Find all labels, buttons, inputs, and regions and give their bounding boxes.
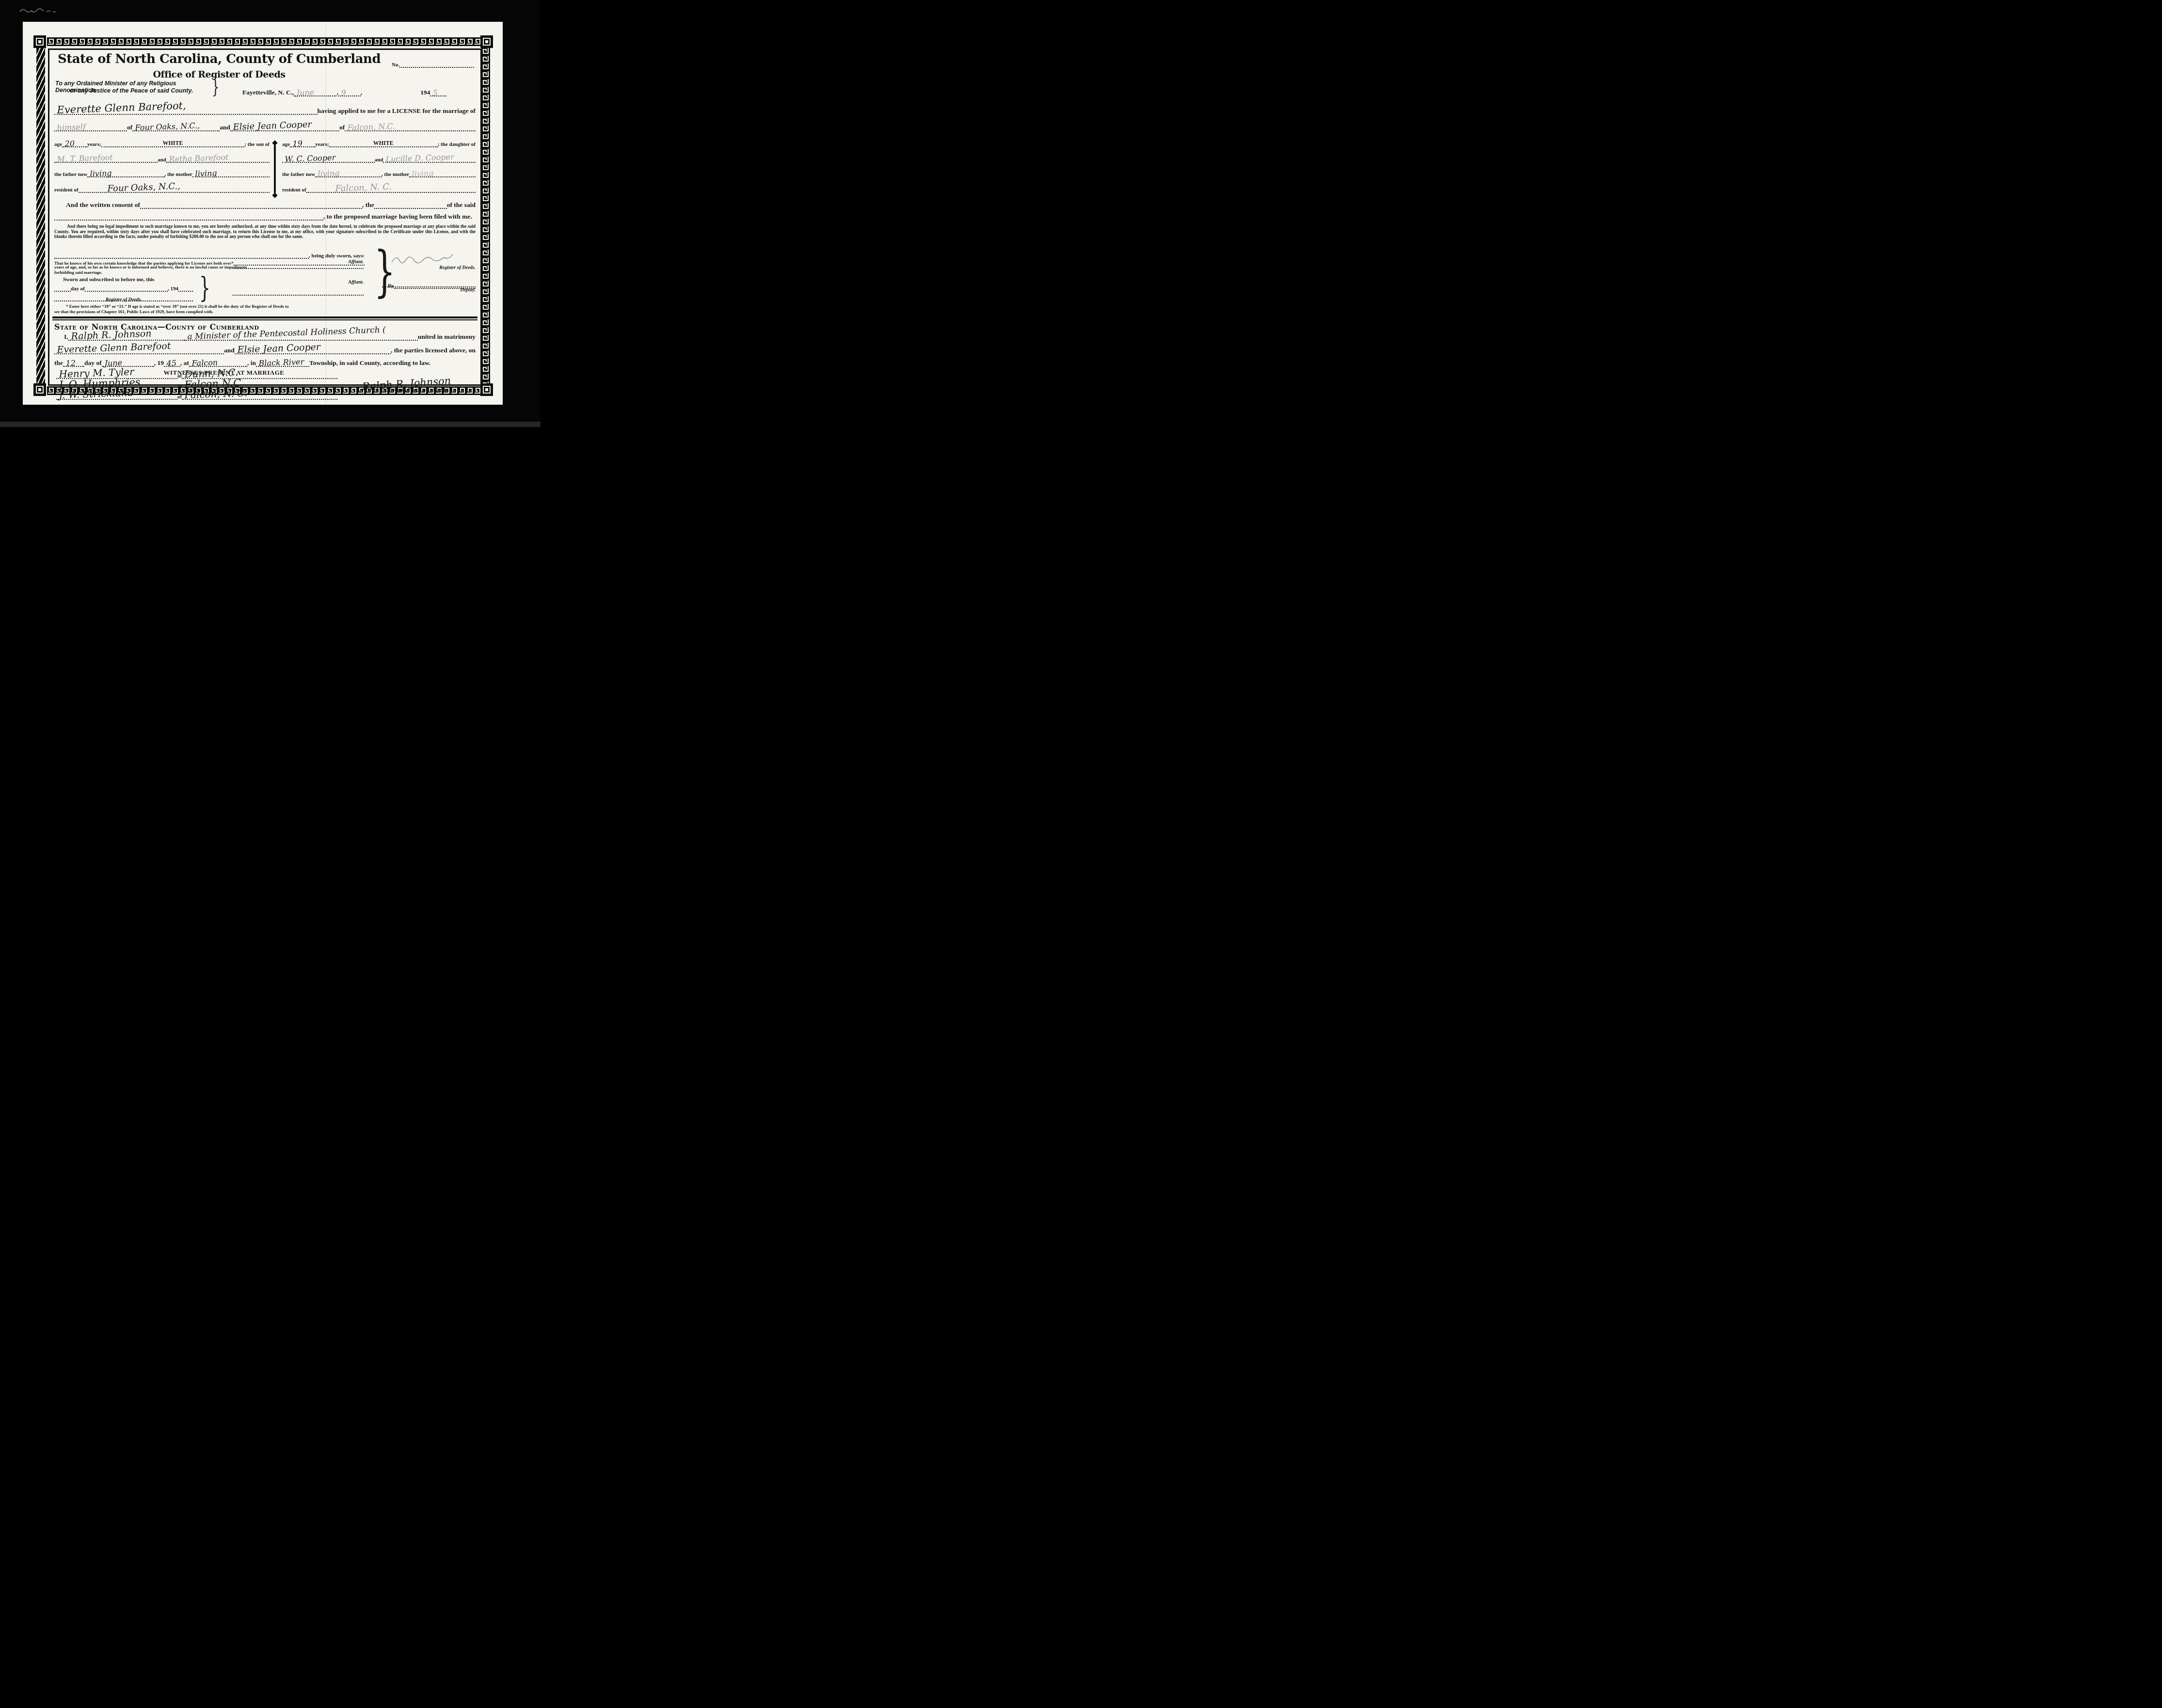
- relation-blank: himself: [54, 125, 127, 131]
- affiant2-label: Affiant.: [233, 280, 364, 285]
- groom-residence2-handwritten: Four Oaks, N.C.,: [107, 181, 180, 194]
- bride-mother-status: living: [412, 168, 434, 178]
- bride-father-blank: W. C. Cooper: [282, 157, 375, 163]
- day-handwritten: 9: [341, 88, 346, 97]
- month-blank: June: [294, 90, 336, 96]
- bride-and-label: and: [375, 157, 383, 163]
- footnote-line2: see that the provisions of Chapter 161, …: [54, 309, 476, 315]
- cert-year-blank: 45: [164, 361, 180, 367]
- parties-row: himself of Four Oaks, N.C., and Elsie Je…: [54, 124, 476, 131]
- authorization-paragraph: And there being no legal impediment to s…: [54, 224, 476, 240]
- groom-father-handwritten: M. T. Barefoot: [57, 153, 113, 164]
- at-label: , at: [180, 359, 189, 367]
- witness1-of-label: of: [177, 373, 182, 379]
- cert-township-handwritten: Black River: [258, 357, 304, 368]
- corner-scan-marking: [18, 4, 59, 17]
- cert-groom-handwritten: Everette Glenn Barefoot: [57, 341, 171, 355]
- cert-day-handwritten: 12: [65, 358, 76, 368]
- bride-residence2-handwritten: Falcon, N. C.: [335, 182, 392, 194]
- officiating-officer-label: Officiating Officer.: [360, 388, 474, 393]
- day-blank: 9: [338, 90, 361, 96]
- groom-age-handwritten: 20: [64, 139, 75, 148]
- consent-row2: , to the proposed marriage having been f…: [54, 213, 476, 221]
- officiant-name-handwritten: Ralph R. Johnson: [71, 328, 152, 342]
- witness3-of-label: of: [177, 394, 182, 400]
- consent-mid: , the: [362, 201, 374, 209]
- license-number-blank: [399, 62, 474, 68]
- bride-resident-label: resident of: [282, 187, 306, 193]
- applicant-name-blank: Everette Glenn Barefoot,: [54, 109, 318, 115]
- cert-bride-handwritten: Elsie Jean Cooper: [237, 342, 320, 355]
- cert-place-handwritten: Falcon: [191, 358, 218, 368]
- register-of-deeds-label: Register of Deeds.: [54, 297, 193, 302]
- document-frame: State of North Carolina, County of Cumbe…: [48, 48, 482, 386]
- consent-pre: And the written consent of: [54, 201, 140, 209]
- affiant1-label: Affiant.: [233, 259, 364, 265]
- scanned-marriage-license: State of North Carolina, County of Cumbe…: [0, 0, 540, 427]
- united-label: united in matrimony: [418, 333, 476, 341]
- groom-father-status: living: [90, 168, 112, 178]
- sworn-dayof-label: day of: [71, 286, 85, 292]
- column-divider-ornament: [272, 140, 277, 198]
- and-label: and: [220, 124, 230, 131]
- relation-handwritten: himself: [57, 122, 86, 132]
- border-rosette-bottom-right: [480, 383, 493, 396]
- witness-row-3: J. W. Strickland of Falcon, N. C.: [56, 394, 337, 400]
- consent-relation-blank: [374, 203, 447, 209]
- cert-groom-blank: Everette Glenn Barefoot: [54, 348, 224, 354]
- bride-father-label: the father now: [282, 172, 315, 177]
- affiant2-blank: [233, 289, 364, 296]
- groom-age-blank: 20: [62, 141, 87, 147]
- bride-age-blank: 19: [290, 141, 315, 147]
- groom-mother-handwritten: Retha Barefoot: [169, 153, 228, 164]
- bride-residence2-blank: Falcon, N. C.: [306, 187, 476, 193]
- subscribed-label: Sworn and subscribed to before me, this: [63, 277, 154, 283]
- groom-father-label: the father now: [54, 172, 87, 177]
- border-rope-left: [36, 47, 45, 388]
- i-label: I,: [54, 333, 68, 341]
- cert-day-blank: 12: [63, 361, 84, 367]
- bride-father-handwritten: W. C. Cooper: [285, 153, 335, 164]
- officiant-row: I, Ralph R. Johnson a Minister of the Pe…: [54, 333, 476, 341]
- sworn-year-printed: , 194: [168, 286, 178, 292]
- marriage-date-row: the 12 day of June , 19 45 , at Falcon ,…: [54, 359, 476, 367]
- bride-father-status: living: [318, 168, 340, 178]
- groom-mother-blank: Retha Barefoot: [166, 157, 270, 163]
- witness3-place-handwritten: Falcon, N. C.: [184, 387, 247, 401]
- cert-year-handwritten: 45: [166, 358, 176, 368]
- groom-mother-status-blank: living: [192, 171, 270, 177]
- officiant-name-blank: Ralph R. Johnson: [68, 334, 185, 341]
- groom-kin-label: ; the son of: [244, 142, 270, 147]
- sworn-day-blank: [54, 285, 71, 292]
- cert-dayof-label: day of: [84, 359, 102, 367]
- border-meander-top: [47, 37, 480, 46]
- consent-name-blank: [140, 203, 362, 209]
- parents-columns: age 20 years; WHITE ; the son of M. T. B…: [54, 140, 476, 199]
- applied-label: having applied to me for a LICENSE for t…: [318, 107, 476, 115]
- bride-mother-status-blank: living: [409, 171, 476, 177]
- sworn-brace: }: [199, 274, 210, 302]
- groom-age-label: age: [54, 142, 62, 147]
- bride-father-status-blank: living: [315, 171, 382, 177]
- affiant-name-blank: [54, 253, 309, 259]
- bride-residence-handwritten: Falcon, N.C.: [348, 122, 396, 132]
- groom-father-status-blank: living: [87, 171, 164, 177]
- place-label: Fayetteville, N. C.,: [242, 89, 294, 96]
- border-rosette-top-left: [33, 35, 46, 48]
- of-label-1: of: [127, 124, 132, 131]
- consent-line2: , to the proposed marriage having been f…: [323, 213, 472, 221]
- bride-mother-label: , the mother: [382, 172, 409, 177]
- witness2-of-label: of: [177, 384, 182, 390]
- cert-place-blank: Falcon: [189, 361, 247, 367]
- document-title: State of North Carolina, County of Cumbe…: [49, 52, 389, 66]
- groom-father-blank: M. T. Barefoot: [54, 157, 158, 163]
- the-label: the: [54, 359, 63, 367]
- bride-age-label: age: [282, 142, 290, 147]
- dateline-row: Fayetteville, N. C., June , 9 , 194 5: [242, 89, 475, 96]
- bride-race-value: WHITE: [329, 140, 438, 147]
- groom-residence2-blank: Four Oaks, N.C.,: [79, 187, 270, 193]
- in-label: , in: [247, 359, 256, 367]
- license-number-row: No.: [392, 62, 474, 68]
- bride-name-handwritten: Elsie Jean Cooper: [233, 119, 312, 132]
- bride-years-label: years;: [315, 142, 329, 147]
- witness3-name-blank: J. W. Strickland: [56, 394, 177, 400]
- bride-age-handwritten: 19: [292, 139, 302, 148]
- month-handwritten: June: [297, 88, 315, 97]
- register-sig-label: Register of Deeds.: [382, 265, 476, 270]
- bride-mother-blank: Lucille D. Cooper: [383, 157, 476, 163]
- groom-mother-status: living: [195, 168, 217, 178]
- applicant-row: Everette Glenn Barefoot, having applied …: [54, 107, 476, 115]
- border-rosette-bottom-left: [33, 383, 46, 396]
- date-gap: [362, 90, 420, 96]
- consent-row1: And the written consent of , the of the …: [54, 201, 476, 209]
- bride-race-blank: WHITE: [329, 141, 438, 147]
- footnote-line1: * Enter here either “18” or “21.” If age…: [54, 304, 476, 309]
- bride-residence-blank: Falcon, N.C.: [345, 125, 476, 131]
- cert-bride-blank: Elsie Jean Cooper: [235, 348, 391, 354]
- border-rosette-top-right: [480, 35, 493, 48]
- no-label: No.: [392, 62, 399, 68]
- of-label-2: of: [339, 124, 345, 131]
- couple-row: Everette Glenn Barefoot and Elsie Jean C…: [54, 347, 476, 354]
- affidavit-section: , being duly sworn, says: That he knows …: [54, 253, 476, 301]
- addressee-brace: }: [212, 77, 220, 96]
- groom-and-label: and: [158, 157, 166, 163]
- groom-resident-label: resident of: [54, 187, 79, 193]
- groom-years-label: years;: [87, 142, 101, 147]
- border-meander-right: [481, 47, 490, 386]
- groom-residence-blank: Four Oaks, N.C.,: [132, 125, 220, 131]
- groom-race-blank: WHITE: [101, 141, 245, 147]
- cert-year-printed: , 19: [154, 359, 164, 367]
- cert-and-label: and: [224, 347, 235, 354]
- sworn-month-blank: [85, 285, 168, 292]
- cert-township-blank: Black River: [256, 361, 309, 367]
- section-divider-rule: [52, 316, 477, 320]
- year-printed: 194: [420, 89, 430, 96]
- groom-race-value: WHITE: [101, 140, 245, 147]
- register-of-deeds-signature: [389, 253, 461, 264]
- applicant-name-handwritten: Everette Glenn Barefoot,: [57, 100, 186, 116]
- sworn-says-label: , being duly sworn, says:: [309, 253, 365, 259]
- witness3-name-handwritten: J. W. Strickland: [59, 387, 134, 401]
- bride-mother-handwritten: Lucille D. Cooper: [386, 152, 455, 164]
- groom-mother-label: , the mother: [165, 172, 192, 177]
- bride-kin-label: ; the daughter of: [438, 142, 476, 147]
- sworn-year-blank: [178, 285, 193, 292]
- parties-label: , the parties licensed above, on: [391, 347, 476, 354]
- consent-post: of the said: [447, 201, 476, 209]
- license-page: State of North Carolina, County of Cumbe…: [23, 22, 503, 405]
- groom-residence-handwritten: Four Oaks, N.C.,: [135, 121, 200, 132]
- witness3-place-blank: Falcon, N. C.: [182, 394, 337, 400]
- officiant-title-blank: a Minister of the Pentecostal Holiness C…: [185, 334, 418, 341]
- deputy-label: Deputy.: [388, 287, 476, 293]
- year-blank: 5: [430, 90, 446, 96]
- addressee-line2: or any Justice of the Peace of said Coun…: [70, 87, 215, 94]
- consent-blank2: [54, 214, 323, 221]
- bride-name-blank: Elsie Jean Cooper: [230, 125, 339, 131]
- township-label: Township, in said County, according to l…: [309, 359, 430, 367]
- scan-edge-strip: [0, 422, 540, 427]
- year-handwritten: 5: [433, 88, 438, 97]
